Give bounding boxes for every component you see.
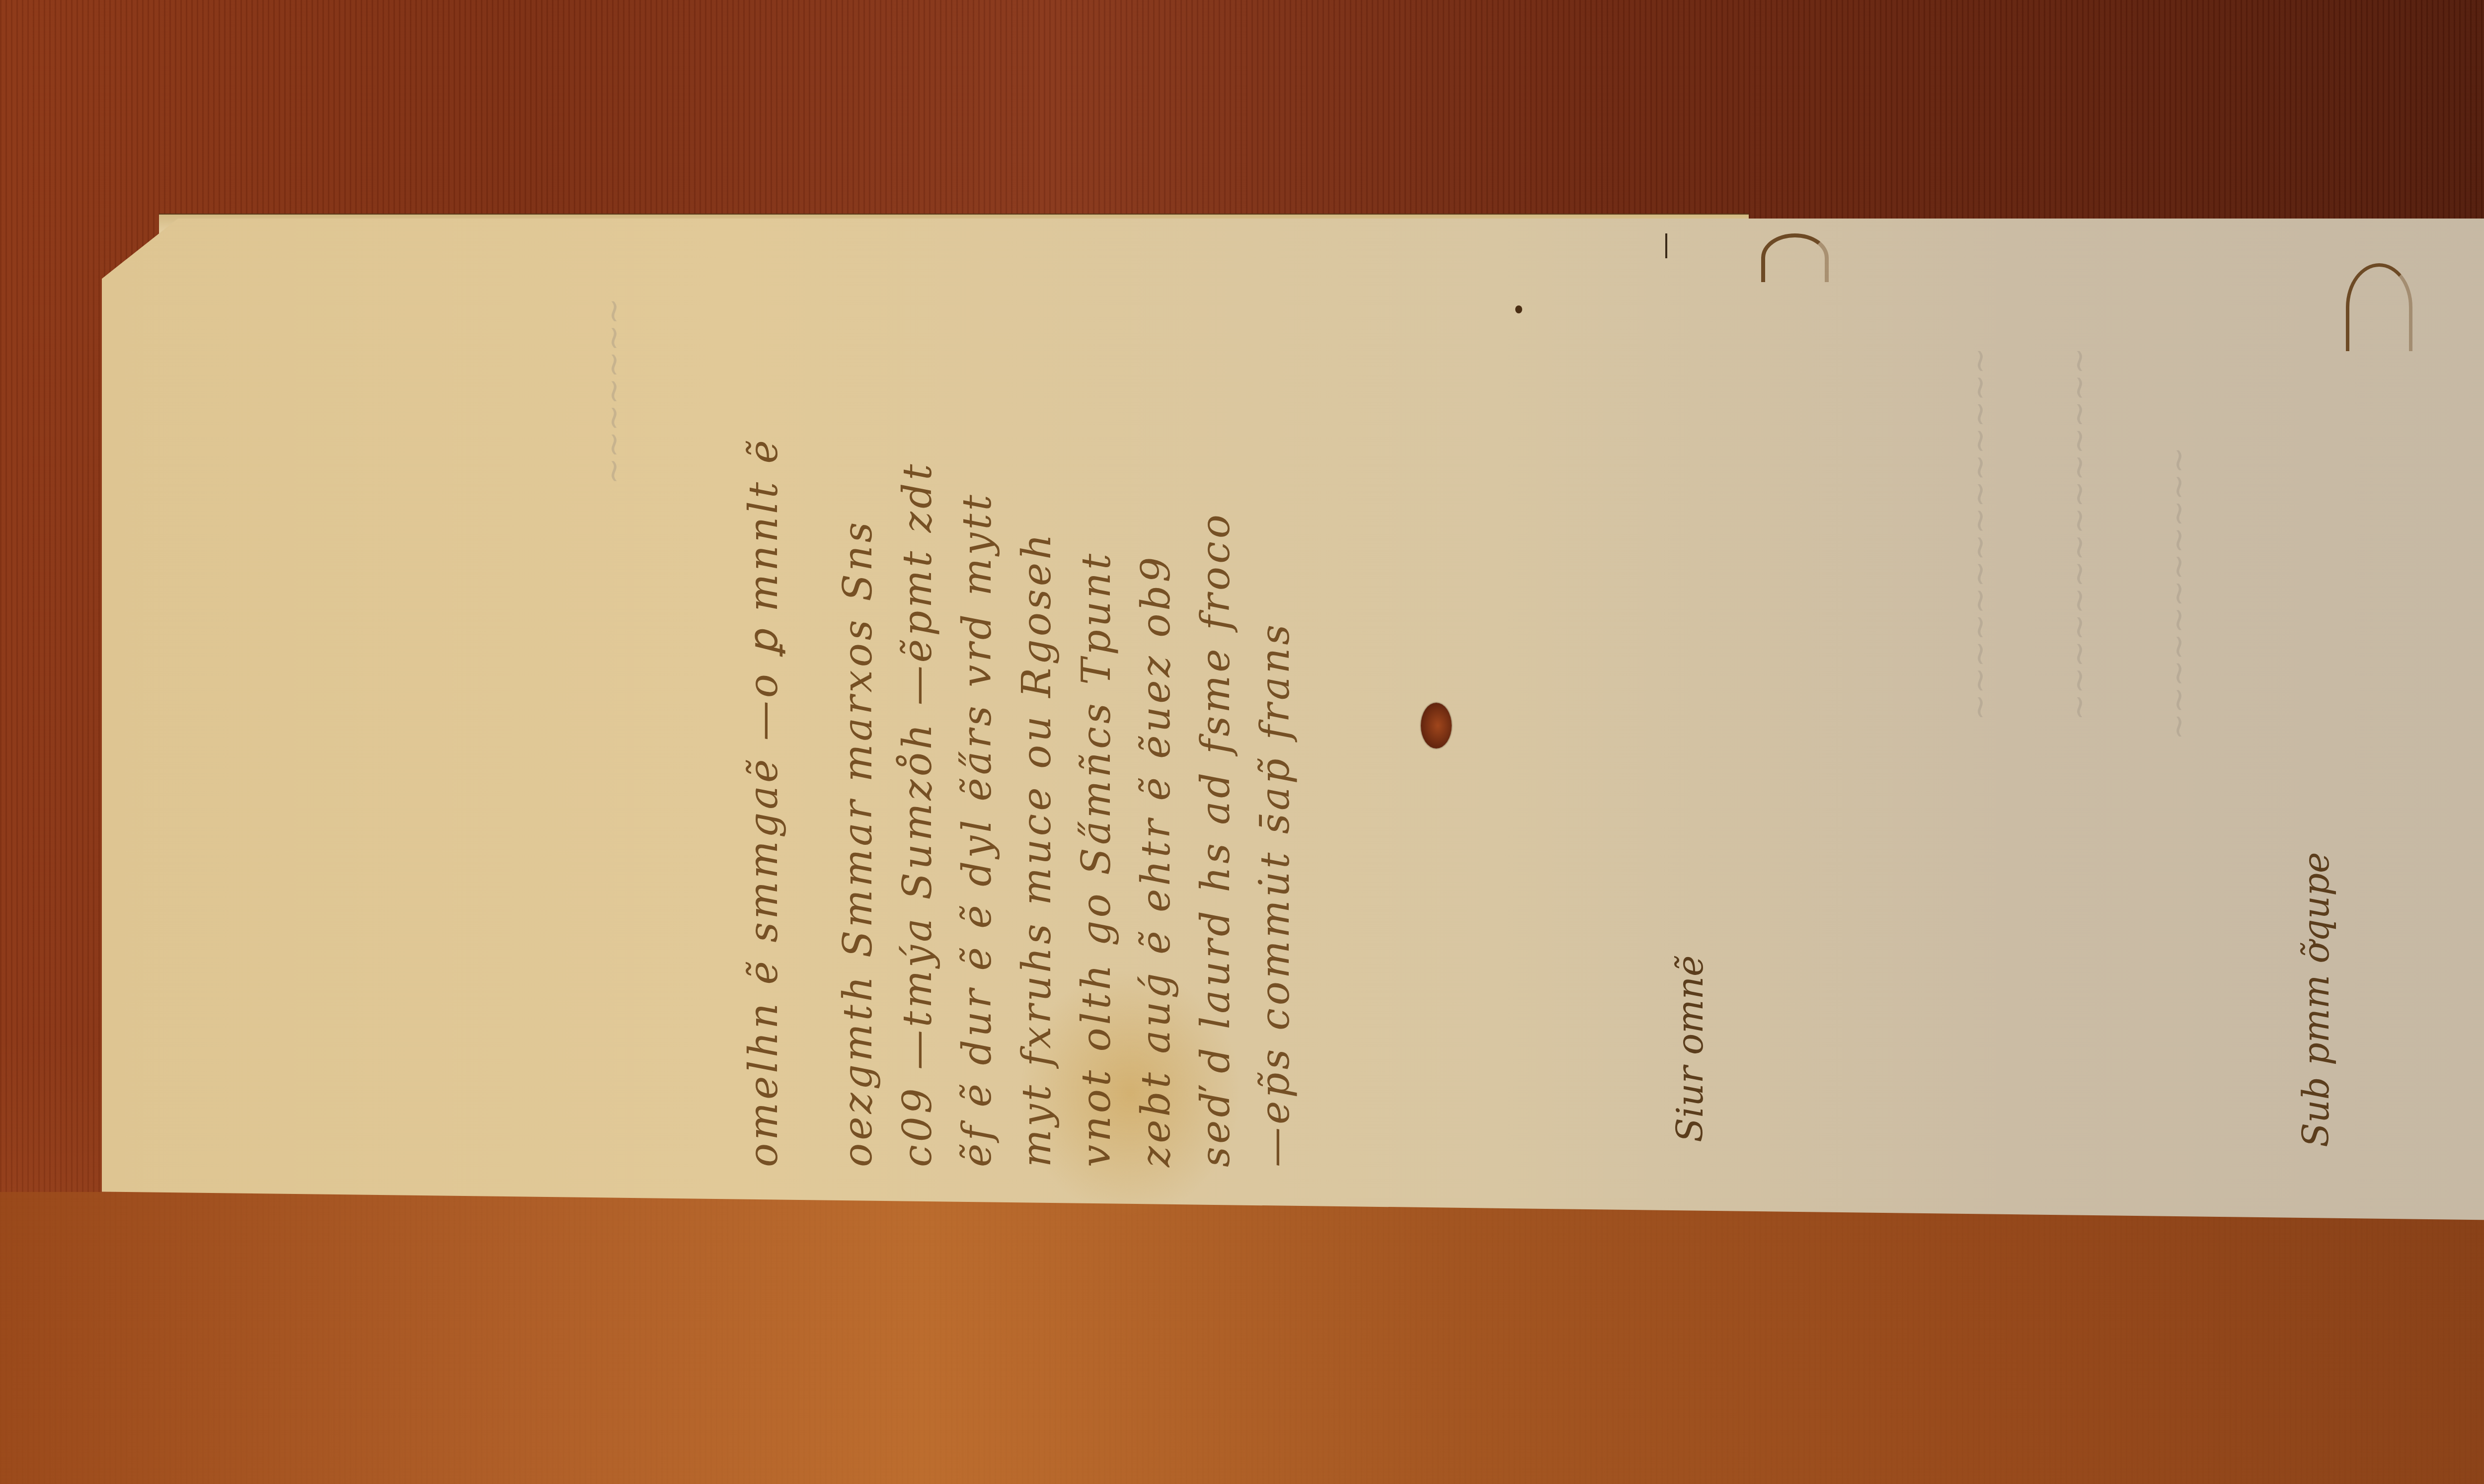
manuscript-line: myt fxruhs muce ou Rgoseh	[1013, 273, 1060, 1167]
bleed-through-text: ~~~~~~~~~~~~~~	[2062, 348, 2098, 1093]
signature-left: Siur omnẽ	[1669, 844, 1711, 1142]
signature-right: Sub pmm ỡqupe	[2295, 859, 2337, 1147]
ink-arc-mark	[1761, 233, 1829, 282]
bleed-through-text: ~~~~~~~~~~~	[2161, 447, 2198, 1043]
manuscript-line: vnot olth go Sa̋mñcs Tpunt	[1073, 273, 1119, 1167]
manuscript-line: zebt auǵ ẽ ehtr ẽ ẽuez ob9	[1133, 273, 1179, 1167]
ink-arc-mark	[2346, 263, 2412, 351]
manuscript-main-text-block: —ep̃s commu̇t s̄ap̃ frans seď d laurd hs…	[696, 273, 1341, 1167]
tick-mark	[1665, 233, 1667, 258]
manuscript-line: ẽf ẽ dur ẽ ẽ dyl ẽa̋rs vrd mytt	[954, 273, 1000, 1167]
manuscript-line: seď d laurd hs ad fsme froco	[1192, 273, 1239, 1167]
paper-hole	[1421, 703, 1452, 748]
manuscript-line: —ep̃s commu̇t s̄ap̃ frans	[1252, 273, 1298, 1167]
bleed-through-text: ~~~~~~~~~~~~~~	[1962, 348, 1999, 1093]
ink-dot	[1515, 305, 1522, 313]
manuscript-line: oezgmth Smmar marxos Sns	[835, 273, 881, 1167]
wood-lower-region	[0, 1192, 2484, 1484]
bleed-through-text: ~~~~~~~	[596, 298, 633, 646]
manuscript-line: omelhn ẽ smmgaẽ —o ꝑ mnnlt ẽ	[740, 273, 786, 1167]
manuscript-line: c09 —tmýa Sumzo̊h —ẽpmt zdt	[894, 273, 940, 1167]
